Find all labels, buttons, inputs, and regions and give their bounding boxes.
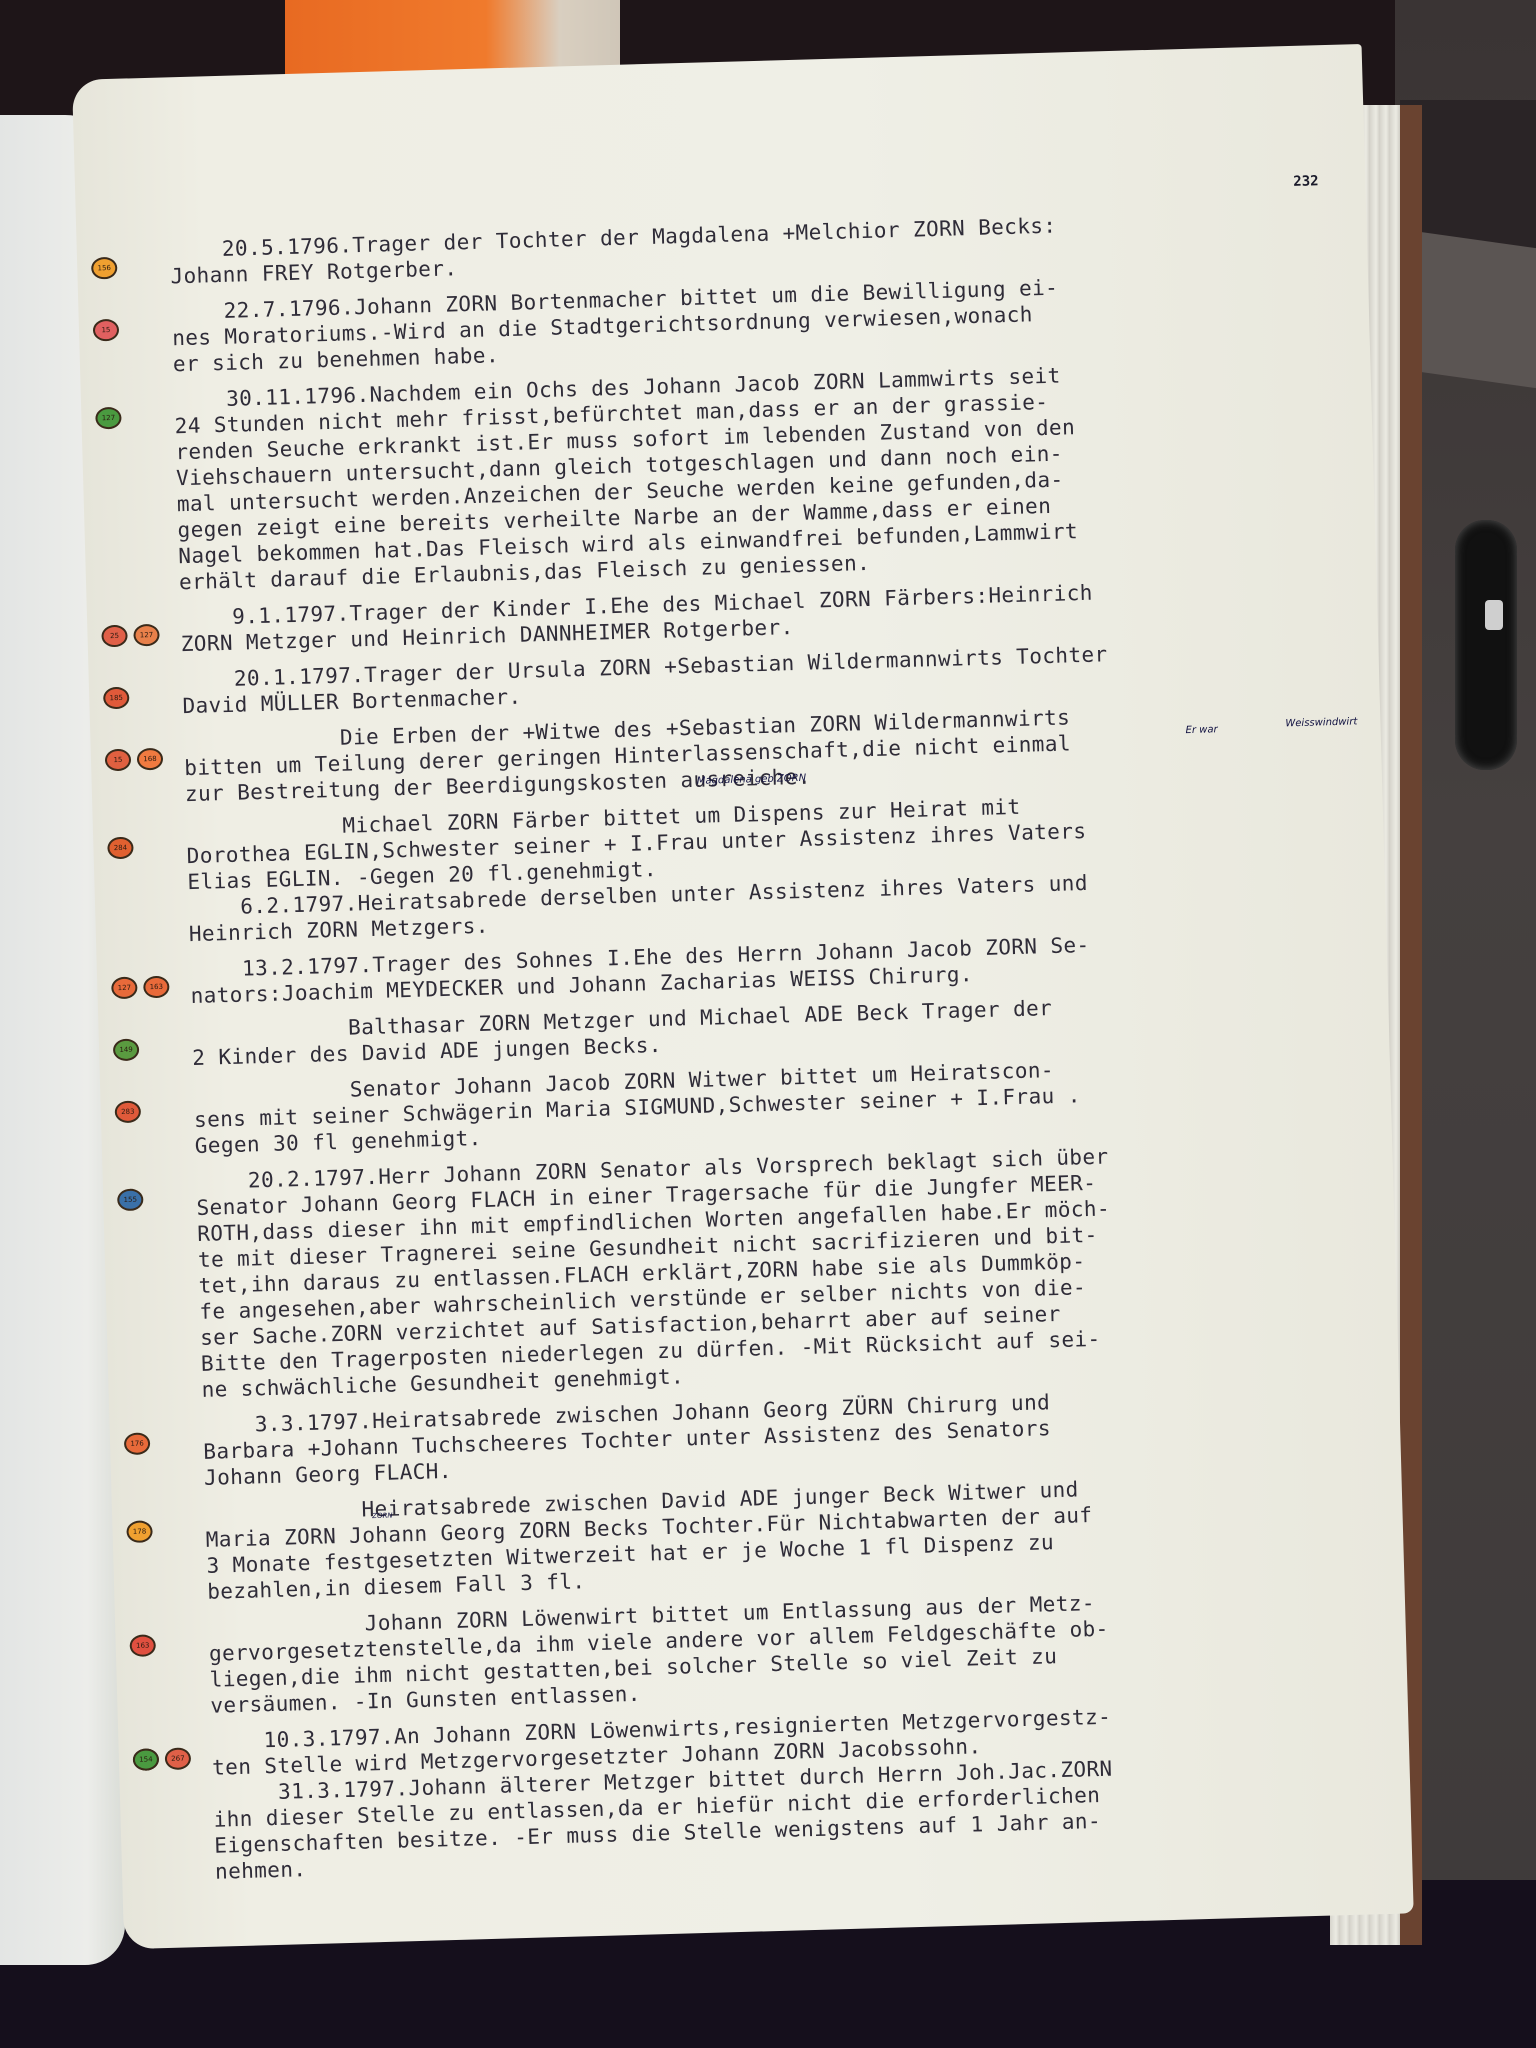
margin-marker: 127 — [111, 977, 138, 1000]
margin-marker: 284 — [107, 837, 134, 860]
entry: 20.2.1797.Herr Johann ZORN Senator als V… — [195, 1135, 1431, 1403]
margin-marker: 163 — [129, 1634, 156, 1657]
margin-marker: 178 — [126, 1520, 153, 1543]
handwritten-note-weisswindwirt: Weisswindwirt — [1285, 716, 1357, 729]
margin-marker: 15 — [105, 749, 132, 772]
margin-marker: 163 — [143, 976, 170, 999]
margin-marker: 127 — [133, 624, 160, 647]
margin-marker: 154 — [133, 1748, 160, 1771]
page-number: 232 — [1293, 173, 1319, 190]
margin-marker: 155 — [117, 1188, 144, 1211]
entry: Heiratsabrede zwischen David ADE junger … — [205, 1467, 1437, 1605]
margin-marker: 127 — [95, 407, 122, 430]
entry: Michael ZORN Färber bittet um Dispens zu… — [186, 783, 1419, 947]
margin-marker: 283 — [115, 1100, 142, 1123]
entry: 30.11.1796.Nachdem ein Ochs des Johann J… — [174, 353, 1409, 595]
handwritten-note-er-war: Er war — [1185, 724, 1217, 736]
entry: 10.3.1797.An Johann ZORN Löwenwirts,resi… — [211, 1694, 1445, 1884]
margin-marker: 149 — [113, 1039, 140, 1062]
background-handle — [1455, 520, 1517, 770]
margin-marker: 176 — [124, 1432, 151, 1455]
margin-marker: 267 — [165, 1747, 192, 1770]
margin-marker: 15 — [93, 319, 120, 342]
background-handle-highlight — [1485, 600, 1503, 630]
typewritten-text: 20.5.1796.Trager der Tochter der Magdale… — [169, 203, 1445, 1885]
entry: Johann ZORN Löwenwirt bittet um Entlassu… — [208, 1580, 1440, 1718]
handwritten-note-zorn: ZORN — [372, 1512, 393, 1521]
document-page: 232 20.5.1796.Trager der Tochter der Mag… — [72, 44, 1414, 1949]
margin-marker: 156 — [91, 257, 118, 280]
margin-marker: 25 — [101, 625, 128, 648]
margin-marker: 168 — [137, 748, 164, 771]
margin-marker: 185 — [103, 687, 130, 710]
background-shelf-lower — [1420, 232, 1536, 388]
